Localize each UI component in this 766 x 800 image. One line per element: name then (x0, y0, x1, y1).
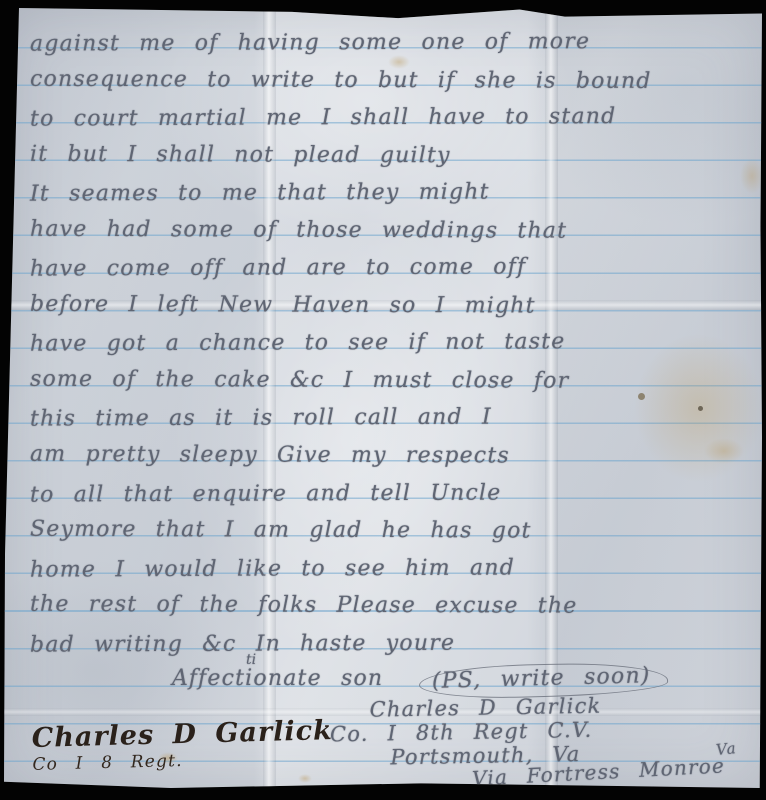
letter-scan: against me of having some one of more co… (0, 0, 766, 800)
letter-line: Seymore that I am glad he has got (30, 511, 754, 551)
corner-mark: Va (715, 739, 738, 759)
closing-line: Affectionate son ti (PS, write soon) (172, 664, 667, 697)
letter-line: the rest of the folks Please excuse the (30, 586, 754, 626)
letter-line: to all that enquire and tell Uncle (30, 473, 754, 514)
letter-line: it but I shall not plead guilty (30, 135, 754, 175)
letter-line: to court martial me I shall have to stan… (30, 98, 754, 139)
letter-line: consequence to write to but if she is bo… (30, 60, 754, 100)
letter-line: some of the cake &c I must close for (30, 361, 754, 401)
letter-line: this time as it is roll call and I (30, 398, 754, 439)
stain (298, 774, 312, 783)
closing-salutation: Affectionate son ti (172, 666, 383, 691)
pencil-signature: Charles D Garlick Co. I 8th Regt C.V. Po… (329, 694, 602, 771)
letter-line: home I would like to see him and (30, 548, 754, 589)
letter-page: against me of having some one of more co… (4, 8, 762, 788)
letter-line: have come off and are to come off (30, 248, 754, 289)
letter-line: have had some of those weddings that (30, 210, 754, 250)
letter-line: against me of having some one of more (30, 22, 754, 63)
letter-line: have got a chance to see if not taste (30, 323, 754, 364)
letter-line: It seames to me that they might (30, 173, 754, 214)
letter-line: bad writing &c In haste youre (30, 623, 754, 664)
letter-line: before I left New Haven so I might (30, 286, 754, 326)
letter-body: against me of having some one of more co… (30, 24, 754, 662)
ink-signature: Charles D Garlick Co I 8 Regt. (31, 716, 333, 776)
letter-line: am pretty sleepy Give my respects (30, 436, 754, 476)
insertion-mark: ti (246, 652, 256, 668)
